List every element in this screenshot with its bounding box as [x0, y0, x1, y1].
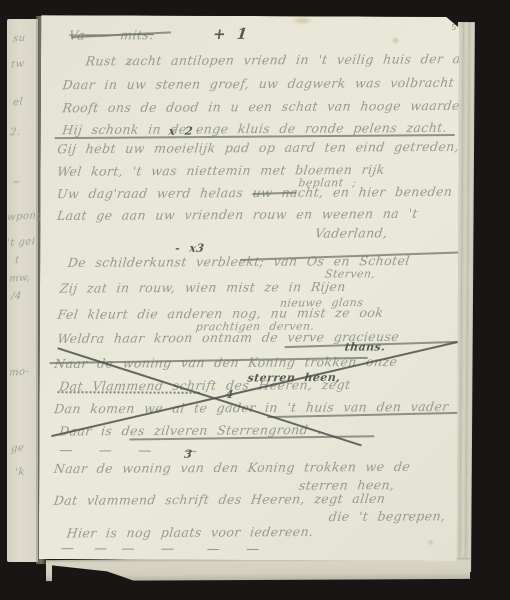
margin-fragment: mo-: [9, 366, 30, 379]
poem-line: Laat ge aan uw vrienden rouw en weenen n…: [56, 206, 418, 223]
poem-line: Hier is nog plaats voor iedereen.: [66, 524, 314, 540]
poem-line: Dat vlammend schrift des Heeren, zegt al…: [53, 491, 386, 508]
poem-line: Rooft ons de dood in u een schat van hoo…: [62, 98, 461, 115]
margin-fragment: t: [15, 255, 20, 266]
correction-mark-3: 3: [184, 448, 194, 461]
previous-page-edge: su tw el 2. ~ wpong 't gei t mw, /4 mo- …: [7, 19, 38, 562]
correction-mark-x3: - x3: [174, 242, 205, 255]
margin-fragment: ~: [12, 177, 22, 189]
margin-fragment: el: [13, 97, 24, 109]
poem-line: Vaderland,: [314, 225, 388, 240]
stanza-number-mark: + 1: [212, 25, 249, 43]
poem-line: Gij hebt uw moeielijk pad op aard ten ei…: [56, 139, 460, 156]
poem-line: Zij zat in rouw, wien mist ze in Rijen: [59, 279, 347, 296]
interlinear-correction: thans.: [344, 340, 386, 353]
dash-separator-row: — — — — — —: [61, 541, 261, 557]
margin-fragment: su: [13, 33, 26, 45]
foxing-stain: [391, 37, 400, 45]
manuscript-page: 5 Va—— mits. + 1 Rust zacht antilopen vr…: [39, 15, 459, 561]
poem-line: Naar de woning van den Koning trokken we…: [53, 459, 411, 476]
margin-fragment: /4: [11, 291, 22, 303]
margin-fragment: ge: [11, 442, 25, 454]
poem-line: Rust zacht antilopen vriend in 't veilig…: [85, 51, 492, 68]
poem-line: Daar in uw stenen groef, uw dagwerk was …: [62, 75, 455, 92]
foxing-stain: [427, 539, 435, 546]
margin-fragment: 2.: [10, 127, 21, 139]
poem-line: die 't begrepen,: [328, 508, 446, 524]
margin-fragment: 't gei: [7, 236, 36, 249]
margin-fragment: 'k: [15, 467, 26, 479]
scanned-manuscript-page: su tw el 2. ~ wpong 't gei t mw, /4 mo- …: [0, 0, 510, 600]
page-number: 5: [451, 23, 456, 32]
foxing-stain: [291, 16, 313, 25]
margin-fragment: mw,: [9, 272, 31, 285]
correction-mark-x2: x 2: [168, 125, 194, 138]
dash-separator-row: — — — —: [59, 443, 199, 459]
margin-fragment: tw: [11, 58, 25, 70]
